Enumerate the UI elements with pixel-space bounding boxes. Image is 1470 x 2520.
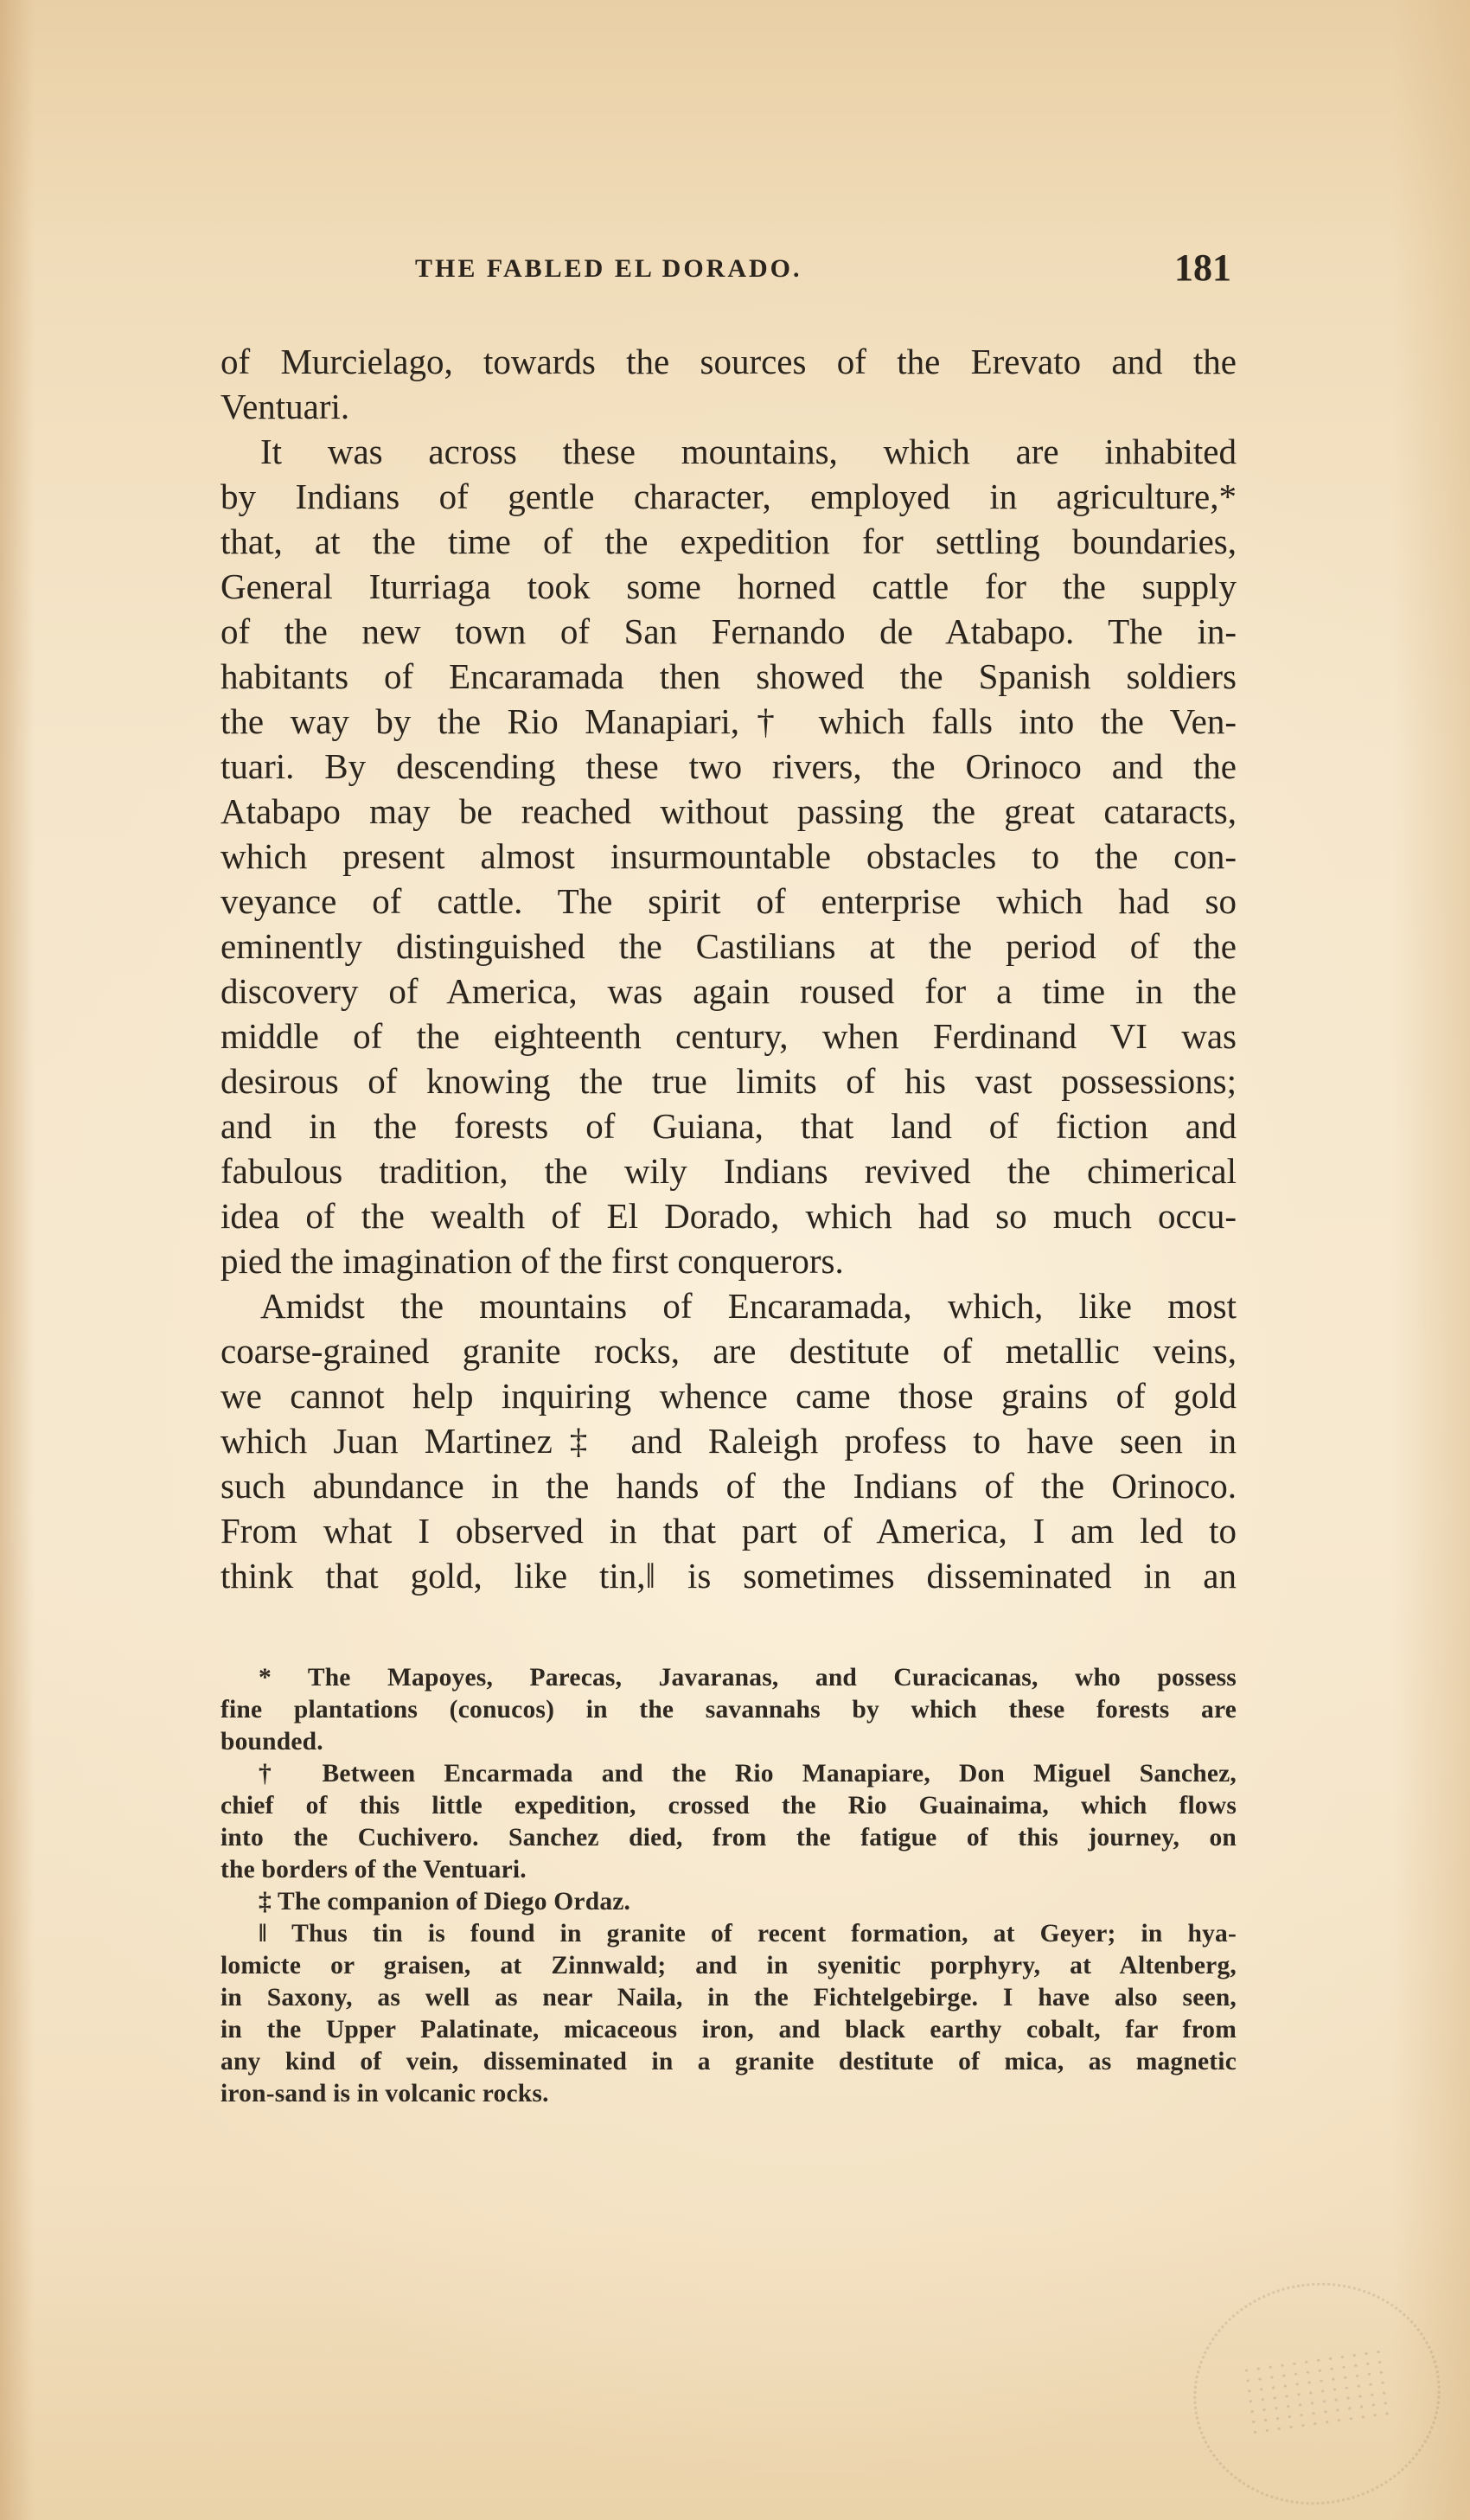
footnote-line: fine plantations (conucos) in the savann… (220, 1694, 1237, 1726)
body-text: of Murcielago, towards the sources of th… (220, 339, 1237, 1598)
body-line: fabulous tradition, the wily Indians rev… (220, 1148, 1237, 1193)
body-line: and in the forests of Guiana, that land … (220, 1103, 1237, 1148)
body-line-paragraph-start: Amidst the mountains of Encaramada, whic… (220, 1283, 1237, 1328)
body-line: General Iturriaga took some horned cattl… (220, 564, 1237, 609)
running-head-title: THE FABLED EL DORADO. (415, 254, 802, 284)
body-line: discovery of America, was again roused f… (220, 969, 1237, 1014)
body-line: by Indians of gentle character, employed… (220, 474, 1237, 519)
footnote-parallel-line: ‖ Thus tin is found in granite of recent… (220, 1918, 1237, 1950)
body-line: coarse-grained granite rocks, are destit… (220, 1328, 1237, 1373)
body-line-paragraph-end: pied the imagination of the first conque… (220, 1238, 1237, 1283)
body-line: think that gold, like tin,‖ is sometimes… (220, 1553, 1237, 1598)
footnote-line-end: bounded. (220, 1726, 1237, 1758)
body-line-paragraph-start: It was across these mountains, which are… (220, 429, 1237, 474)
body-line: desirous of knowing the true limits of h… (220, 1059, 1237, 1103)
footnote-line: chief of this little expedition, crossed… (220, 1790, 1237, 1822)
body-line: tuari. By descending these two rivers, t… (220, 744, 1237, 789)
footnote-line-end: iron-sand is in volcanic rocks. (220, 2078, 1237, 2110)
body-line: veyance of cattle. The spirit of enterpr… (220, 879, 1237, 924)
body-line: From what I observed in that part of Ame… (220, 1508, 1237, 1553)
footnote-line: in Saxony, as well as near Naila, in the… (220, 1982, 1237, 2014)
footnote-double-dagger-line: ‡ The companion of Diego Ordaz. (220, 1886, 1237, 1918)
body-line: Atabapo may be reached without passing t… (220, 789, 1237, 834)
footnote-line: any kind of vein, disseminated in a gran… (220, 2046, 1237, 2078)
footnote-dagger-line: † Between Encarmada and the Rio Manapiar… (220, 1758, 1237, 1790)
footnote-asterisk-line: * The Mapoyes, Parecas, Javaranas, and C… (220, 1662, 1237, 1694)
body-line: middle of the eighteenth century, when F… (220, 1014, 1237, 1059)
stamp-texture (1240, 2346, 1395, 2441)
body-line: habitants of Encaramada then showed the … (220, 654, 1237, 699)
page-edge-shadow-right (1392, 0, 1470, 2520)
body-line: of the new town of San Fernando de Ataba… (220, 609, 1237, 654)
body-line: which present almost insurmountable obst… (220, 834, 1237, 879)
body-line: idea of the wealth of El Dorado, which h… (220, 1193, 1237, 1238)
footnote-line-end: the borders of the Ventuari. (220, 1854, 1237, 1886)
body-line: that, at the time of the expedition for … (220, 519, 1237, 564)
body-line: which Juan Martinez‡ and Raleigh profess… (220, 1418, 1237, 1463)
footnote-line: lomicte or graisen, at Zinnwald; and in … (220, 1950, 1237, 1982)
footnotes: * The Mapoyes, Parecas, Javaranas, and C… (220, 1662, 1237, 2110)
body-line-paragraph-end: Ventuari. (220, 384, 1237, 429)
footnote-line: into the Cuchivero. Sanchez died, from t… (220, 1822, 1237, 1854)
body-line: we cannot help inquiring whence came tho… (220, 1373, 1237, 1418)
page-number: 181 (1174, 246, 1231, 290)
body-line: eminently distinguished the Castilians a… (220, 924, 1237, 969)
body-line: such abundance in the hands of the India… (220, 1463, 1237, 1508)
running-head: THE FABLED EL DORADO. 181 (220, 249, 1237, 292)
footnote-line: in the Upper Palatinate, micaceous iron,… (220, 2014, 1237, 2046)
body-line: the way by the Rio Manapiari,† which fal… (220, 699, 1237, 744)
page-edge-shadow-left (0, 0, 35, 2520)
body-line: of Murcielago, towards the sources of th… (220, 339, 1237, 384)
